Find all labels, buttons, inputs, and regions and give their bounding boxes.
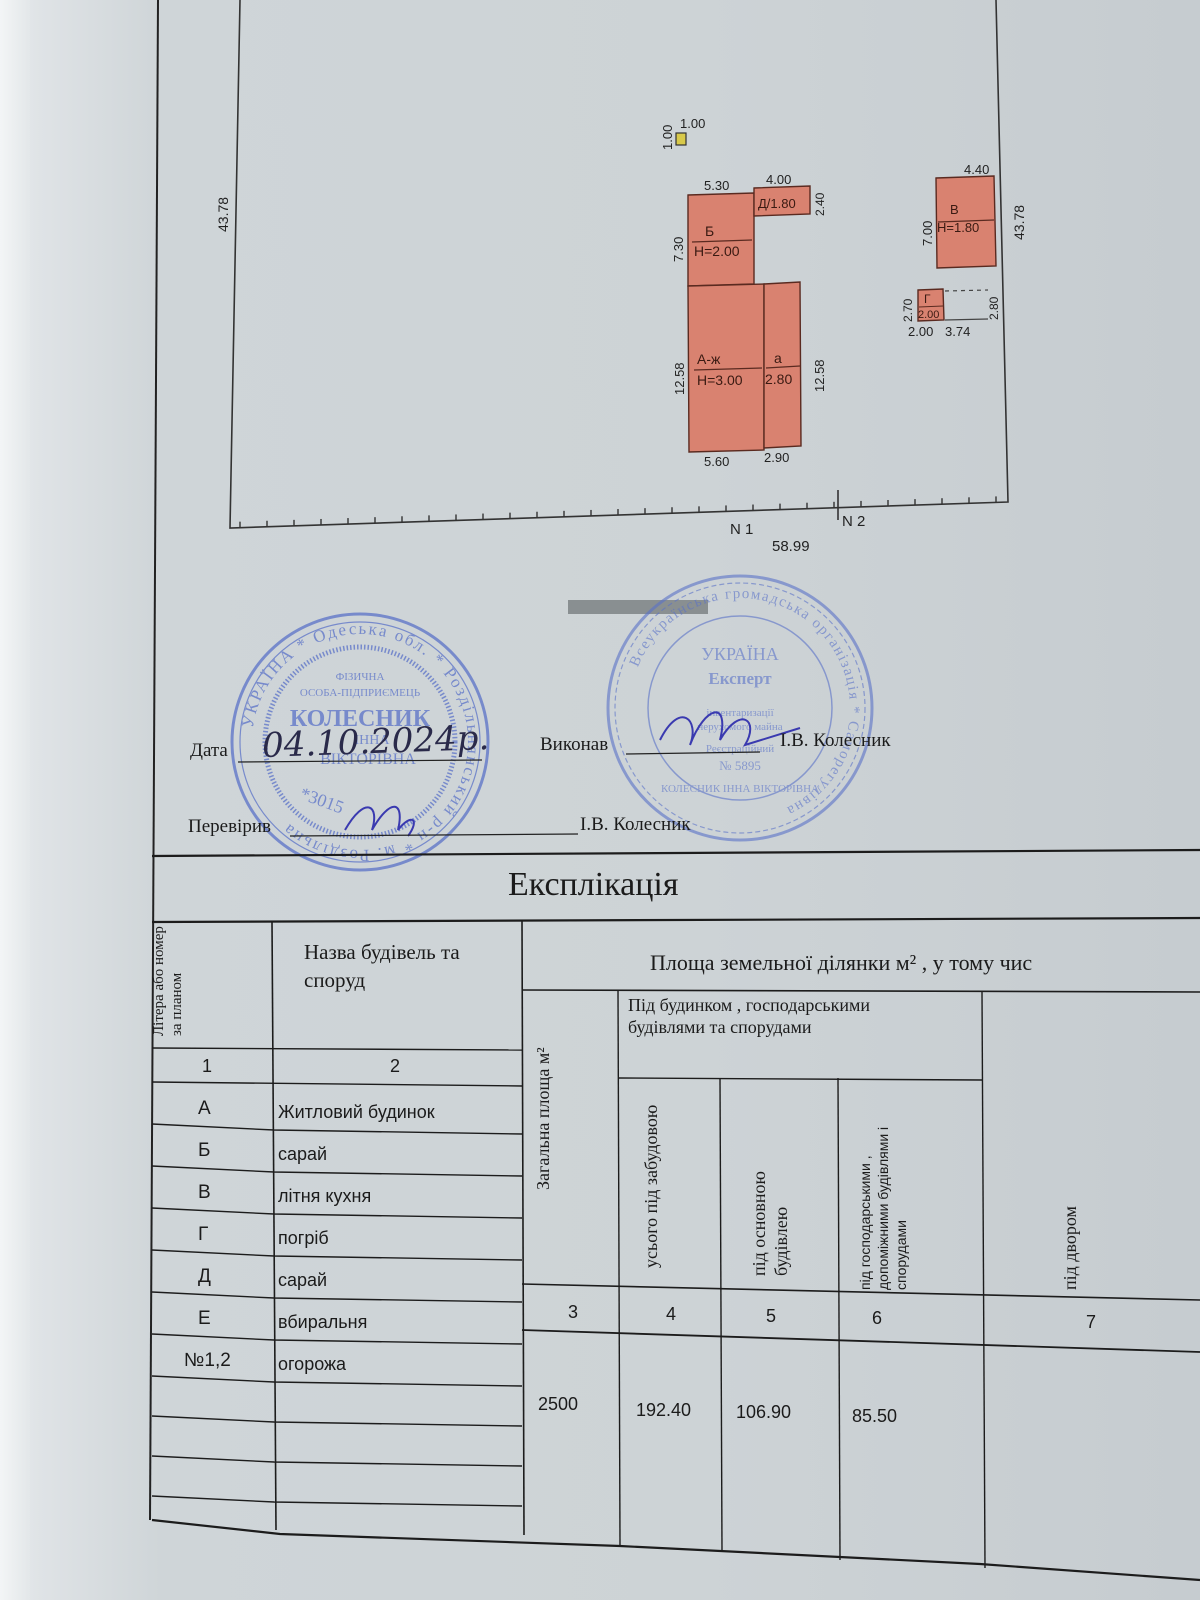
col6-header: під господарськими , допоміжними будівля… xyxy=(856,1080,946,1290)
checked-label: Перевірив xyxy=(188,816,271,838)
svg-text:5.30: 5.30 xyxy=(704,178,729,193)
svg-text:5.60: 5.60 xyxy=(704,454,729,469)
colnum-2: 2 xyxy=(390,1056,400,1077)
svg-text:УКРАЇНА: УКРАЇНА xyxy=(701,644,778,664)
dim-bottom: 58.99 xyxy=(772,538,810,555)
building-toilet xyxy=(676,133,686,145)
total-area: 2500 xyxy=(538,1394,578,1415)
svg-text:ОСОБА-ПІДПРИЄМЕЦЬ: ОСОБА-ПІДПРИЄМЕЦЬ xyxy=(300,687,420,699)
explication-title: Експлікація xyxy=(508,866,679,904)
row-letter: №1,2 xyxy=(184,1350,231,1372)
row-name: сарай xyxy=(278,1144,327,1165)
row-letter: Б xyxy=(198,1140,210,1162)
svg-text:А-ж: А-ж xyxy=(697,351,721,367)
row-letter: Е xyxy=(198,1308,211,1330)
under-buildings-total: 192.40 xyxy=(636,1400,691,1421)
col1-header: Літера або номер за планом xyxy=(150,916,268,1036)
colnum-3: 3 xyxy=(568,1302,578,1323)
under-auxiliary: 85.50 xyxy=(852,1406,897,1427)
svg-text:*3015: *3015 xyxy=(297,783,346,817)
row-name: літня кухня xyxy=(278,1186,371,1207)
performed-label: Виконав xyxy=(540,734,608,756)
plot-boundary xyxy=(230,0,1008,528)
row-letter: А xyxy=(198,1098,211,1120)
row-name: погріб xyxy=(278,1228,329,1249)
svg-text:1.00: 1.00 xyxy=(680,116,705,131)
colnum-5: 5 xyxy=(766,1306,776,1327)
svg-text:12.58: 12.58 xyxy=(672,362,687,395)
building-annex-a xyxy=(764,282,801,448)
dim-right: 43.78 xyxy=(1011,205,1027,240)
dim-left: 43.78 xyxy=(215,197,231,232)
svg-text:H=1.80: H=1.80 xyxy=(937,220,979,235)
row-name: вбиральня xyxy=(278,1312,367,1333)
fence-n1: N 1 xyxy=(730,521,753,538)
svg-text:7.00: 7.00 xyxy=(920,221,935,246)
date-value: 04.10.2024р. xyxy=(261,718,490,766)
colnum-4: 4 xyxy=(666,1304,676,1325)
site-plan: 43.78 43.78 58.99 N 1 N 2 1.00 1.00 Б H=… xyxy=(215,0,1027,555)
col4-header: усього під забудовою xyxy=(640,1088,720,1268)
svg-text:В: В xyxy=(950,202,959,217)
col7-header: під двором xyxy=(1060,1206,1081,1290)
svg-text:2.80: 2.80 xyxy=(765,371,792,387)
colnum-1: 1 xyxy=(202,1056,212,1077)
col5-header: під основною будівлею xyxy=(748,1106,808,1276)
row-letter: Д xyxy=(198,1266,211,1288)
date-label: Дата xyxy=(190,740,228,762)
row-name: Житловий будинок xyxy=(278,1102,435,1123)
area-group-header: Площа земельної ділянки м² , у тому чис xyxy=(650,950,1032,976)
under-main: 106.90 xyxy=(736,1402,791,1423)
svg-text:нерухомого майна: нерухомого майна xyxy=(697,721,782,733)
col3-header: Загальна площа м² xyxy=(532,1010,554,1190)
row-name: сарай xyxy=(278,1270,327,1291)
fence-n2: N 2 xyxy=(842,513,865,530)
svg-text:№ 5895: № 5895 xyxy=(719,758,761,773)
svg-text:H=2.00: H=2.00 xyxy=(694,243,740,259)
svg-text:2.00: 2.00 xyxy=(918,309,939,321)
svg-text:4.40: 4.40 xyxy=(964,162,989,177)
stamp-right: Всеукраїнська громадська організація * С… xyxy=(608,576,872,840)
svg-text:ФІЗИЧНА: ФІЗИЧНА xyxy=(336,671,385,683)
svg-text:Д/1.80: Д/1.80 xyxy=(758,196,796,211)
svg-text:4.00: 4.00 xyxy=(766,172,791,187)
svg-text:1.00: 1.00 xyxy=(660,125,675,150)
building-shed-b xyxy=(688,193,754,286)
col2-header: Назва будівель та споруд xyxy=(304,938,504,994)
colnum-6: 6 xyxy=(872,1308,882,1329)
under-group-header: Під будинком , господарськими будівлями … xyxy=(628,994,918,1038)
svg-text:2.40: 2.40 xyxy=(813,192,827,216)
svg-text:а: а xyxy=(774,350,782,366)
row-name: огорожа xyxy=(278,1354,346,1375)
signature-scribble-2 xyxy=(345,807,414,836)
svg-text:12.58: 12.58 xyxy=(812,359,827,392)
svg-text:КОЛЕСНИК ІННА ВІКТОРІВНА: КОЛЕСНИК ІННА ВІКТОРІВНА xyxy=(661,783,819,795)
document-sheet: 43.78 43.78 58.99 N 1 N 2 1.00 1.00 Б H=… xyxy=(0,0,1200,1600)
svg-text:H=3.00: H=3.00 xyxy=(697,372,743,388)
svg-text:7.30: 7.30 xyxy=(671,237,686,262)
svg-text:Б: Б xyxy=(705,223,714,239)
svg-text:2.70: 2.70 xyxy=(901,298,915,322)
svg-text:2.90: 2.90 xyxy=(764,450,789,465)
svg-text:Г: Г xyxy=(924,292,931,306)
row-letter: Г xyxy=(198,1224,208,1246)
colnum-7: 7 xyxy=(1086,1312,1096,1333)
svg-text:Експерт: Експерт xyxy=(708,669,772,688)
svg-text:2.80: 2.80 xyxy=(987,296,1001,320)
performed-name: І.В. Колесник xyxy=(780,730,891,752)
svg-text:2.00: 2.00 xyxy=(908,324,933,339)
svg-text:3.74: 3.74 xyxy=(945,324,970,339)
checked-name: І.В. Колесник xyxy=(580,814,691,836)
row-letter: В xyxy=(198,1182,211,1204)
